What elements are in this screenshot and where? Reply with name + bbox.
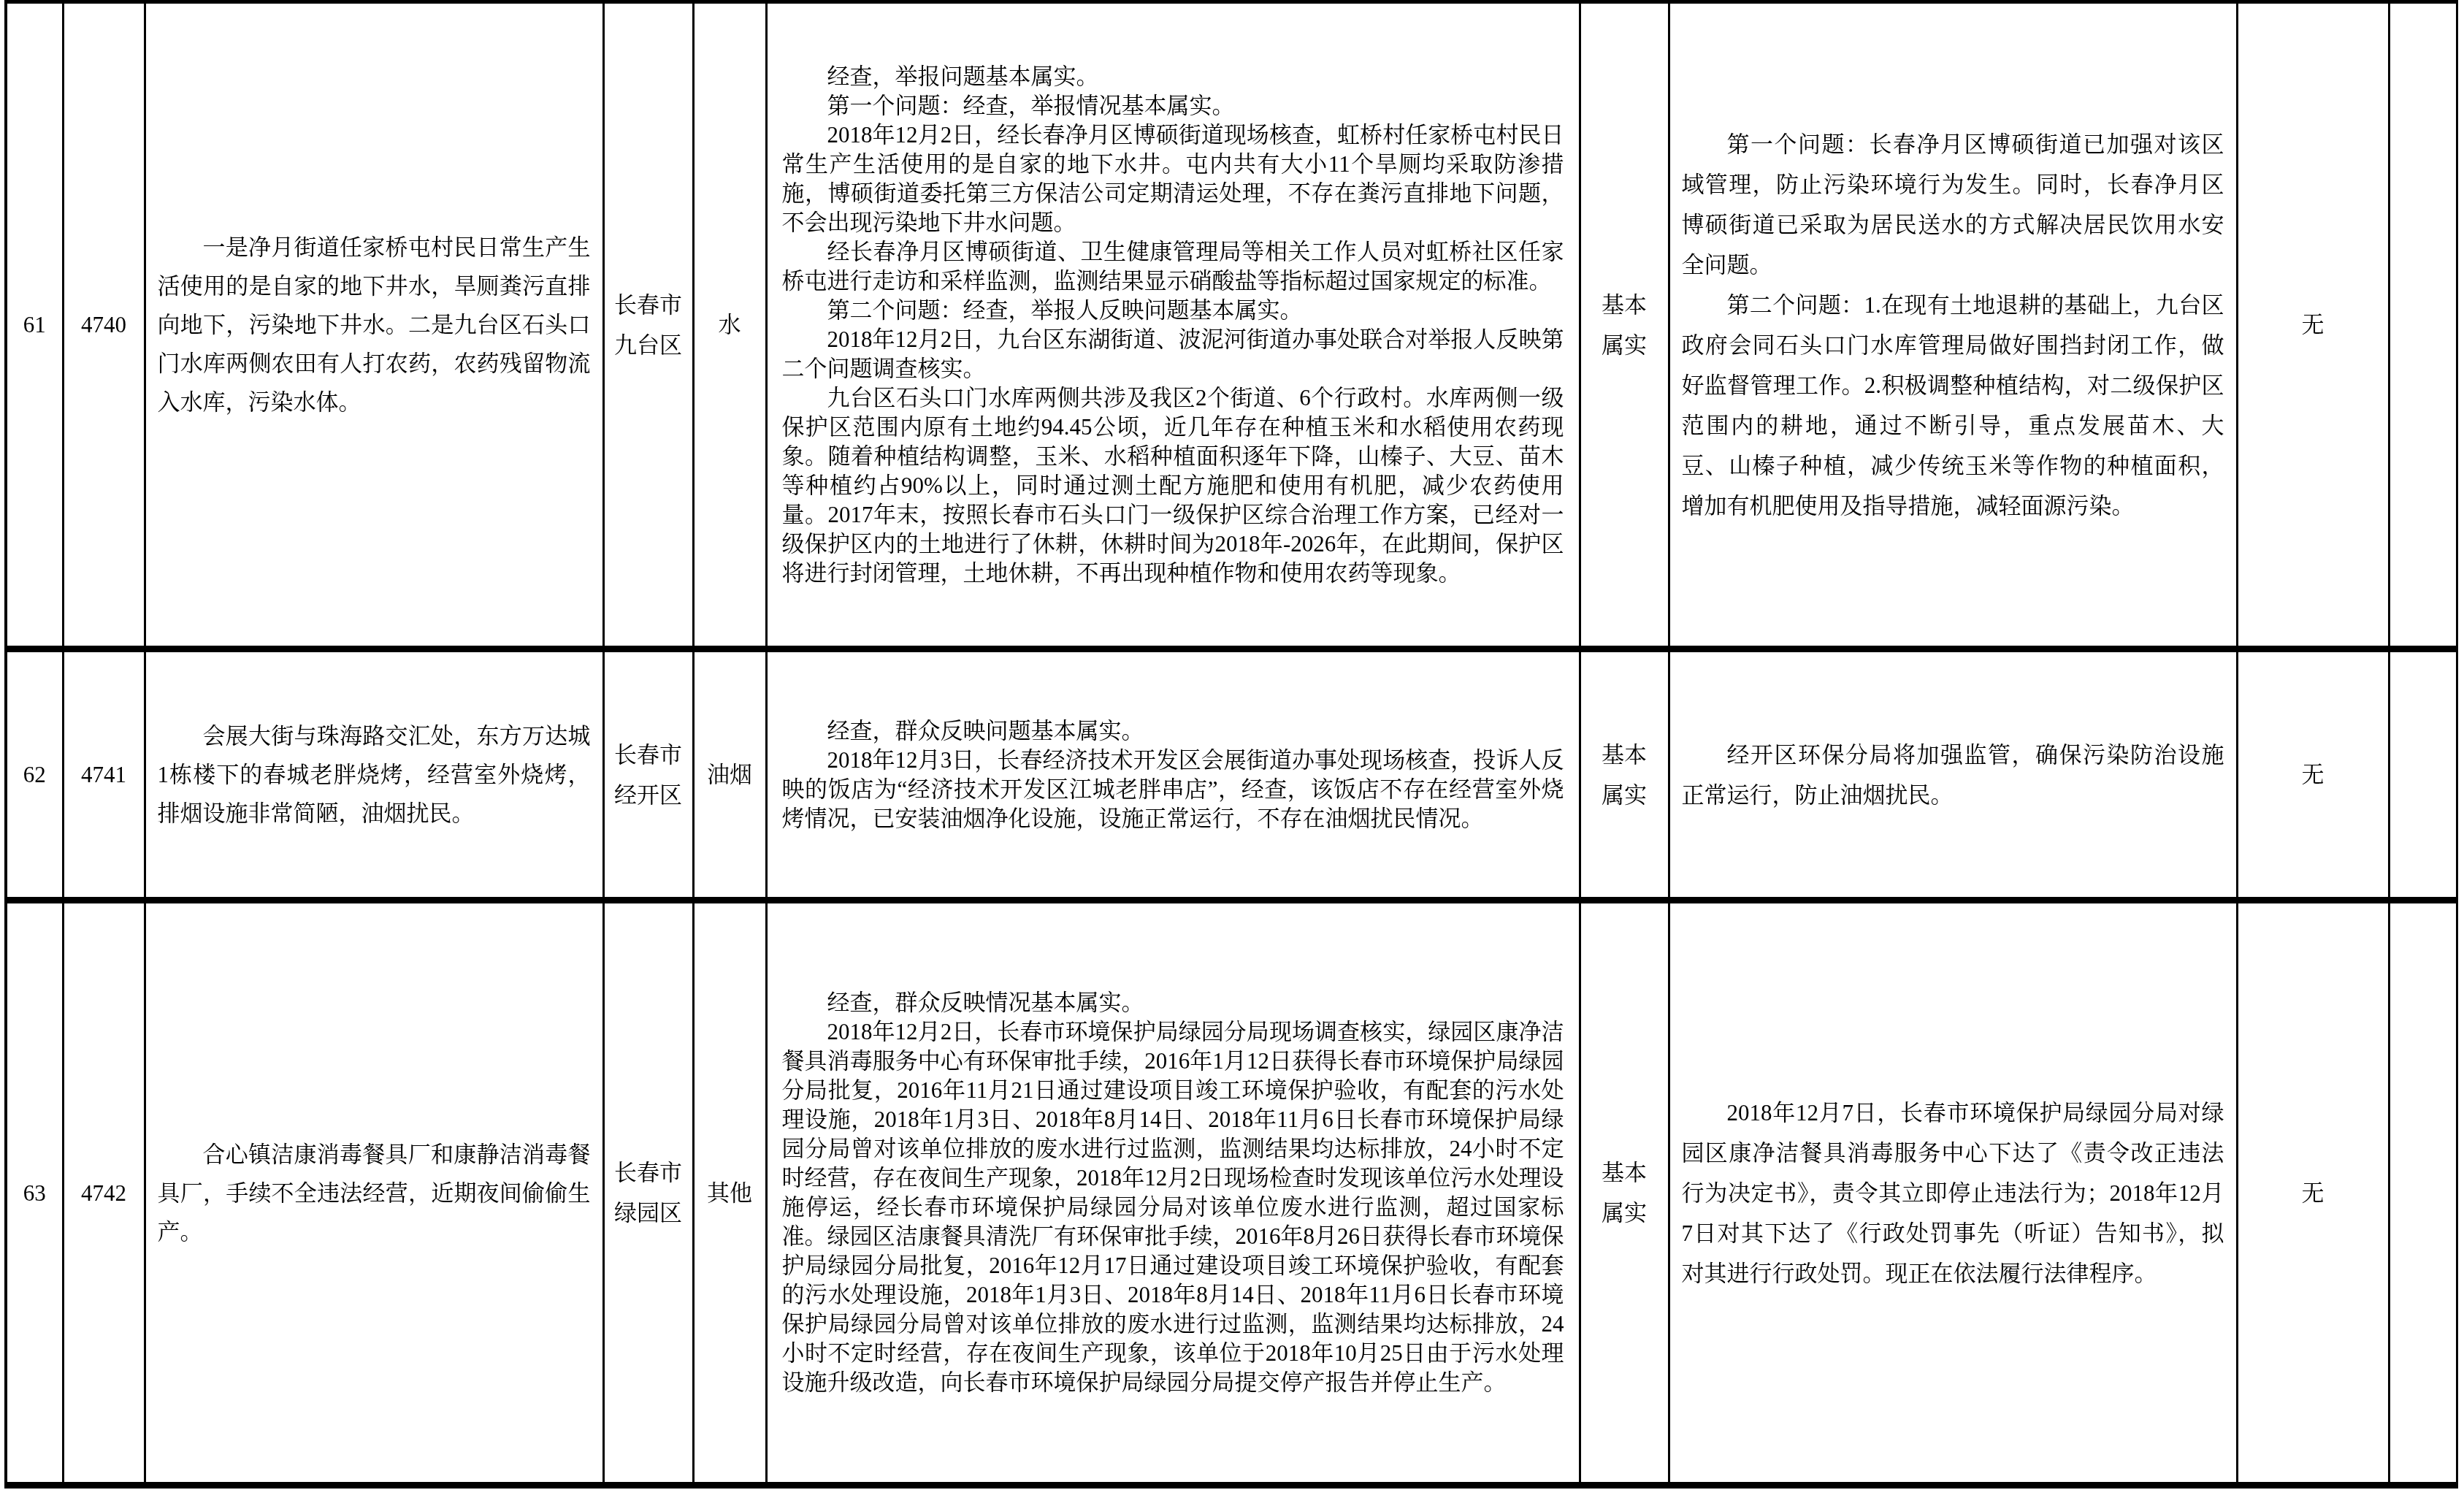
pollution-type-cell: 其他 xyxy=(693,901,766,1486)
row-number-cell: 63 xyxy=(6,901,63,1486)
complaint-text: 会展大街与珠海路交汇处，东方万达城1栋楼下的春城老胖烧烤，经营室外烧烤，排烟设施… xyxy=(158,716,591,833)
empty-cell xyxy=(2389,2,2457,649)
verification-result-text: 基本属实 xyxy=(1602,285,1647,365)
handling-text: 2018年12月7日，长春市环境保护局绿园分局对绿园区康净洁餐具消毒服务中心下达… xyxy=(1682,1093,2224,1293)
handling-cell: 2018年12月7日，长春市环境保护局绿园分局对绿园区康净洁餐具消毒服务中心下达… xyxy=(1669,901,2237,1486)
document-page: 61 4740 一是净月街道任家桥屯村民日常生产生活使用的是自家的地下井水，旱厕… xyxy=(0,0,2464,1498)
region-cell: 长春市九台区 xyxy=(603,2,693,649)
investigation-text: 经查，群众反映情况基本属实。2018年12月2日，长春市环境保护局绿园分局现场调… xyxy=(782,988,1564,1397)
accountability-cell: 无 xyxy=(2237,2,2389,649)
verification-result-text: 基本属实 xyxy=(1602,735,1647,815)
row-number-cell: 62 xyxy=(6,649,63,901)
verification-result-cell: 基本属实 xyxy=(1580,2,1669,649)
row-number-cell: 61 xyxy=(6,2,63,649)
empty-cell xyxy=(2389,901,2457,1486)
case-number-cell: 4741 xyxy=(63,649,145,901)
handling-cell: 第一个问题：长春净月区博硕街道已加强对该区域管理，防止污染环境行为发生。同时，长… xyxy=(1669,2,2237,649)
table-row: 62 4741 会展大街与珠海路交汇处，东方万达城1栋楼下的春城老胖烧烤，经营室… xyxy=(6,649,2457,901)
region-text: 长春市绿园区 xyxy=(614,1153,682,1233)
accountability-cell: 无 xyxy=(2237,901,2389,1486)
accountability-cell: 无 xyxy=(2237,649,2389,901)
investigation-cell: 经查，群众反映问题基本属实。2018年12月3日，长春经济技术开发区会展街道办事… xyxy=(766,649,1580,901)
verification-result-cell: 基本属实 xyxy=(1580,649,1669,901)
complaint-cell: 一是净月街道任家桥屯村民日常生产生活使用的是自家的地下井水，旱厕粪污直排向地下，… xyxy=(145,2,603,649)
complaint-cell: 合心镇洁康消毒餐具厂和康静洁消毒餐具厂，手续不全违法经营，近期夜间偷偷生产。 xyxy=(145,901,603,1486)
handling-cell: 经开区环保分局将加强监管，确保污染防治设施正常运行，防止油烟扰民。 xyxy=(1669,649,2237,901)
complaint-text: 合心镇洁康消毒餐具厂和康静洁消毒餐具厂，手续不全违法经营，近期夜间偷偷生产。 xyxy=(158,1135,591,1251)
investigation-text: 经查，群众反映问题基本属实。2018年12月3日，长春经济技术开发区会展街道办事… xyxy=(782,716,1564,833)
complaint-text: 一是净月街道任家桥屯村民日常生产生活使用的是自家的地下井水，旱厕粪污直排向地下，… xyxy=(158,228,591,421)
investigation-text: 经查，举报问题基本属实。第一个问题：经查，举报情况基本属实。2018年12月2日… xyxy=(782,62,1564,588)
region-cell: 长春市经开区 xyxy=(603,649,693,901)
pollution-type-cell: 油烟 xyxy=(693,649,766,901)
verification-result-cell: 基本属实 xyxy=(1580,901,1669,1486)
case-number-cell: 4740 xyxy=(63,2,145,649)
handling-text: 经开区环保分局将加强监管，确保污染防治设施正常运行，防止油烟扰民。 xyxy=(1682,735,2224,815)
region-text: 长春市经开区 xyxy=(614,735,682,815)
complaints-table: 61 4740 一是净月街道任家桥屯村民日常生产生活使用的是自家的地下井水，旱厕… xyxy=(4,0,2458,1489)
handling-text: 第一个问题：长春净月区博硕街道已加强对该区域管理，防止污染环境行为发生。同时，长… xyxy=(1682,124,2224,526)
investigation-cell: 经查，举报问题基本属实。第一个问题：经查，举报情况基本属实。2018年12月2日… xyxy=(766,2,1580,649)
region-text: 长春市九台区 xyxy=(614,285,682,365)
verification-result-text: 基本属实 xyxy=(1602,1153,1647,1233)
table-row: 63 4742 合心镇洁康消毒餐具厂和康静洁消毒餐具厂，手续不全违法经营，近期夜… xyxy=(6,901,2457,1486)
complaint-cell: 会展大街与珠海路交汇处，东方万达城1栋楼下的春城老胖烧烤，经营室外烧烤，排烟设施… xyxy=(145,649,603,901)
pollution-type-cell: 水 xyxy=(693,2,766,649)
empty-cell xyxy=(2389,649,2457,901)
table-row: 61 4740 一是净月街道任家桥屯村民日常生产生活使用的是自家的地下井水，旱厕… xyxy=(6,2,2457,649)
investigation-cell: 经查，群众反映情况基本属实。2018年12月2日，长春市环境保护局绿园分局现场调… xyxy=(766,901,1580,1486)
case-number-cell: 4742 xyxy=(63,901,145,1486)
region-cell: 长春市绿园区 xyxy=(603,901,693,1486)
